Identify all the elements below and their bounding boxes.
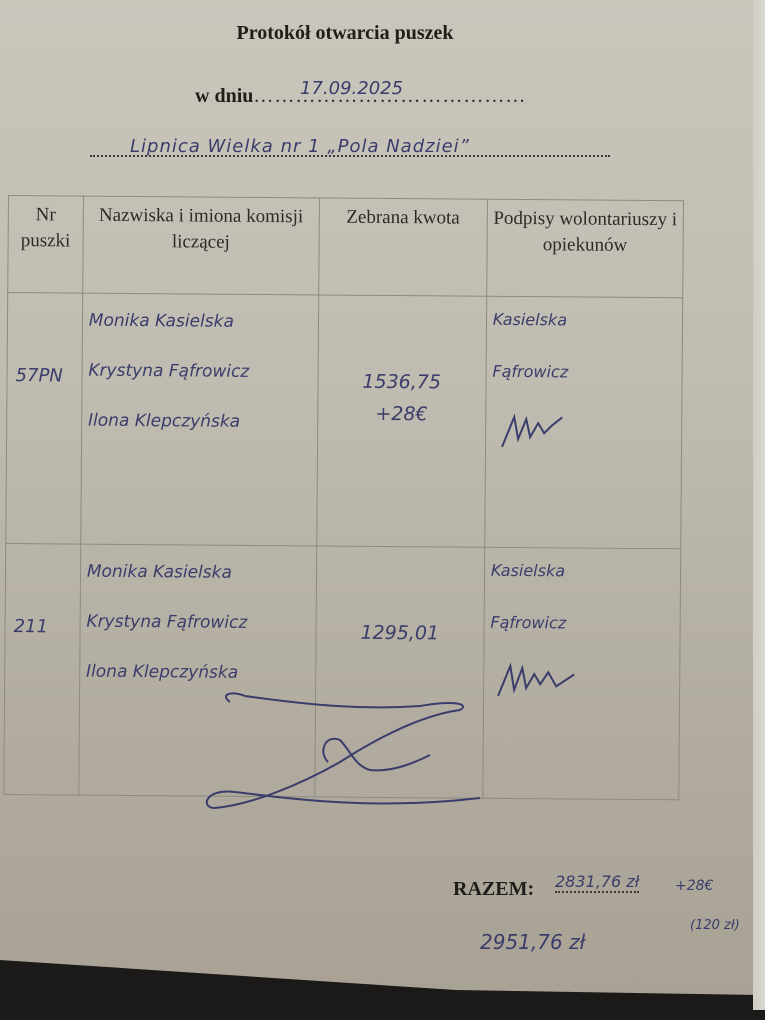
committee-name: Krystyna Fąfrowicz <box>88 356 317 408</box>
header-amount: Zebrana kwota <box>318 198 487 296</box>
paper-edge <box>753 0 765 1010</box>
amount-value: 1295,01 <box>316 616 483 649</box>
place-value: Lipnica Wielka nr 1 „Pola Nadziei” <box>130 136 470 157</box>
header-nr: Nr puszki <box>8 196 84 294</box>
box-number: 211 <box>4 543 81 795</box>
signature: Fąfrowicz <box>490 608 680 661</box>
amount-extra: +28€ <box>318 397 485 430</box>
cancellation-z-mark <box>190 670 490 820</box>
committee-name: Ilona Klepczyńska <box>88 406 317 458</box>
summary-euro-converted: (120 zł) <box>690 918 740 933</box>
summary-total: 2951,76 zł <box>480 930 585 954</box>
collected-amount: 1536,75 +28€ <box>316 295 486 547</box>
table-row: 57PN Monika Kasielska Krystyna Fąfrowicz… <box>6 293 683 549</box>
committee-name: Krystyna Fąfrowicz <box>86 607 315 659</box>
signature-scribble-icon <box>492 409 582 450</box>
signature: Kasielska <box>491 556 681 609</box>
header-signatures: Podpisy wolontariuszy i opiekunów <box>487 199 684 298</box>
date-value: 17.09.2025 <box>300 78 403 99</box>
date-label: w dniu <box>195 85 253 107</box>
z-strike-icon <box>190 670 490 820</box>
signatures: Kasielska Fąfrowicz <box>485 296 683 549</box>
signature-scribble <box>490 660 680 713</box>
box-number: 57PN <box>6 293 83 545</box>
signature-scribble <box>492 409 682 462</box>
document-title: Protokół otwarcia puszek <box>0 22 690 45</box>
signature-scribble-icon <box>490 660 580 701</box>
summary-euro: +28€ <box>675 878 713 894</box>
committee-names: Monika Kasielska Krystyna Fąfrowicz Ilon… <box>81 293 319 546</box>
amount-value: 1536,75 <box>318 365 485 398</box>
summary-value: 2831,76 zł <box>555 872 639 893</box>
signatures: Kasielska Fąfrowicz <box>483 547 681 800</box>
header-names: Nazwiska i imiona komisji liczącej <box>83 196 320 295</box>
committee-name: Monika Kasielska <box>87 557 316 609</box>
signature: Kasielska <box>493 305 683 358</box>
committee-name: Monika Kasielska <box>89 306 318 358</box>
table-header-row: Nr puszki Nazwiska i imiona komisji licz… <box>8 196 684 298</box>
summary-label: RAZEM: <box>453 878 534 901</box>
signature: Fąfrowicz <box>492 357 682 410</box>
